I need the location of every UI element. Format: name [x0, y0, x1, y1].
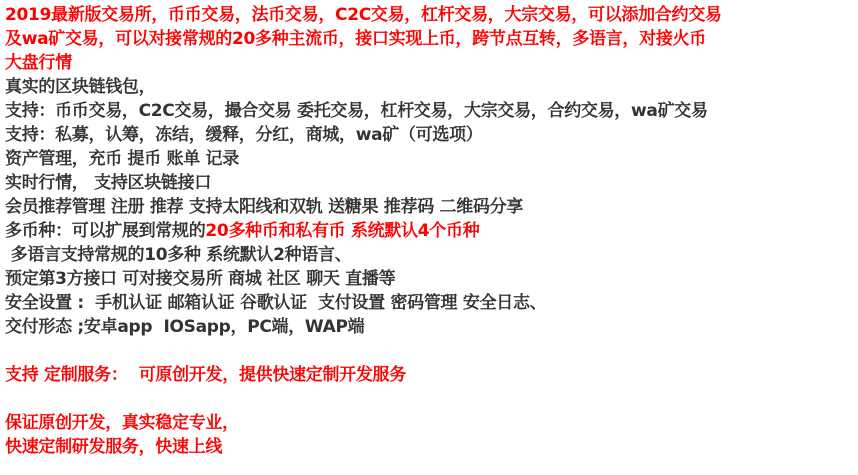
- spacer: [5, 339, 855, 363]
- spacer: [5, 387, 855, 411]
- feature-members: 会员推荐管理 注册 推荐 支持太阳线和双轨 送糖果 推荐码 二维码分享: [5, 195, 855, 219]
- footer-guarantee-line-1: 保证原创开发，真实稳定专业，: [5, 411, 855, 435]
- feature-security: 安全设置 : 手机认证 邮箱认证 谷歌认证 支付设置 密码管理 安全日志、: [5, 291, 855, 315]
- feature-wallet: 真实的区块链钱包，: [5, 75, 855, 99]
- document-body: 2019最新版交易所，币币交易，法币交易，C2C交易，杠杆交易，大宗交易，可以添…: [5, 3, 855, 459]
- footer-guarantee-line-2: 快速定制研发服务，快速上线: [5, 435, 855, 459]
- feature-multi-coin: 多币种：可以扩展到常规的20多种币和私有币 系统默认4个币种: [5, 219, 855, 243]
- multi-coin-prefix: 多币种：可以扩展到常规的: [5, 221, 205, 241]
- feature-assets: 资产管理，充币 提币 账单 记录: [5, 147, 855, 171]
- feature-market: 实时行情， 支持区块链接口: [5, 171, 855, 195]
- feature-third-party: 预定第3方接口 可对接交易所 商城 社区 聊天 直播等: [5, 267, 855, 291]
- feature-delivery: 交付形态 ;安卓app IOSapp，PC端，WAP端: [5, 315, 855, 339]
- feature-support-options: 支持：私募，认筹，冻结，缓释，分红，商城，wa矿（可选项）: [5, 123, 855, 147]
- feature-support-trading: 支持：币币交易，C2C交易，撮合交易 委托交易，杠杆交易，大宗交易，合约交易，w…: [5, 99, 855, 123]
- multi-coin-highlight: 20多种币和私有币 系统默认4个币种: [205, 221, 479, 241]
- headline-line-3: 大盘行情: [5, 51, 855, 75]
- headline-line-2: 及wa矿交易，可以对接常规的20多种主流币，接口实现上币，跨节点互转，多语言，对…: [5, 27, 855, 51]
- headline-line-1: 2019最新版交易所，币币交易，法币交易，C2C交易，杠杆交易，大宗交易，可以添…: [5, 3, 855, 27]
- feature-languages: 多语言支持常规的10多种 系统默认2种语言、: [5, 243, 855, 267]
- footer-custom-service: 支持 定制服务： 可原创开发，提供快速定制开发服务: [5, 363, 855, 387]
